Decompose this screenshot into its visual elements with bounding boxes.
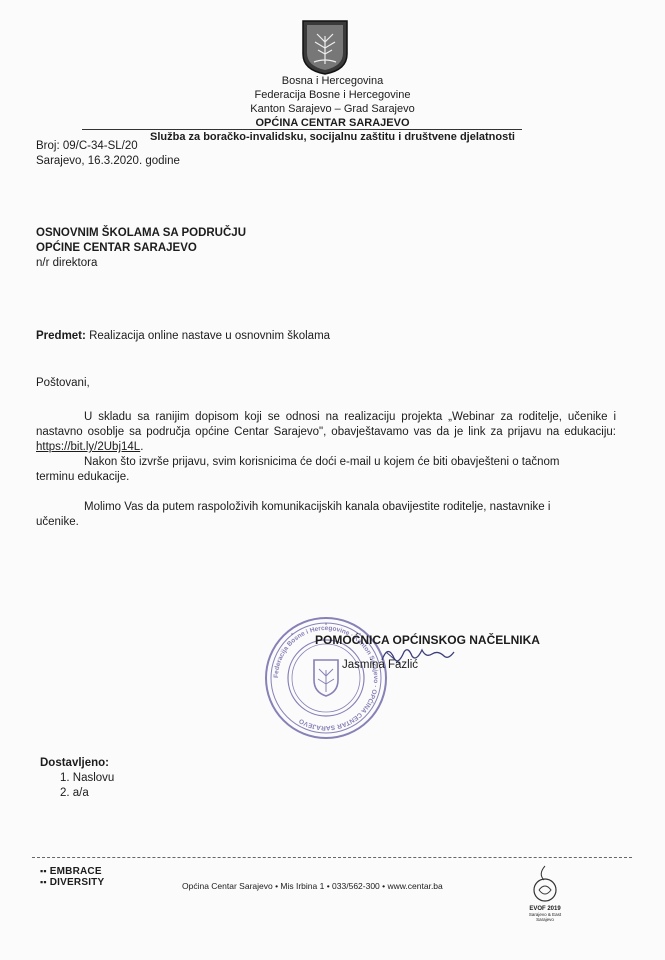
greeting: Poštovani, xyxy=(36,376,90,391)
header-line-federation: Federacija Bosne i Hercegovine xyxy=(0,88,665,102)
recipient-block: OSNOVNIM ŠKOLAMA SA PODRUČJU OPĆINE CENT… xyxy=(36,226,246,271)
paragraph-1: U skladu sa ranijim dopisom koji se odno… xyxy=(36,410,616,455)
distribution-item: 1. Naslovu xyxy=(40,771,114,786)
evof-logo: EVOF 2019 Sarajevo & East Sarajevo xyxy=(525,864,565,926)
embrace-diversity-logo: ▪▪ EMBRACE ▪▪ DIVERSITY xyxy=(40,866,104,888)
subject-text: Realizacija online nastave u osnovnim šk… xyxy=(89,330,330,342)
letter-body: U skladu sa ranijim dopisom koji se odno… xyxy=(36,410,616,530)
footer-divider xyxy=(32,857,632,858)
letterhead: Bosna i Hercegovina Federacija Bosne i H… xyxy=(0,74,665,144)
paragraph-2: Nakon što izvrše prijavu, svim korisnici… xyxy=(36,455,596,485)
registration-link[interactable]: https://bit.ly/2Ubj14L xyxy=(36,441,140,453)
place-date: Sarajevo, 16.3.2020. godine xyxy=(36,154,180,169)
recipient-attention: n/r direktora xyxy=(36,256,246,271)
evof-sub: Sarajevo & East Sarajevo xyxy=(525,912,565,922)
subject-label: Predmet: xyxy=(36,330,86,342)
header-line-canton: Kanton Sarajevo – Grad Sarajevo xyxy=(0,102,665,116)
evof-logo-icon xyxy=(530,864,560,904)
coat-of-arms-icon xyxy=(300,18,350,76)
signatory-name: Jasmina Fazlić xyxy=(342,659,418,671)
distribution-block: Dostavljeno: 1. Naslovu 2. a/a xyxy=(40,756,114,801)
reference-number: Broj: 09/C-34-SL/20 xyxy=(36,139,180,154)
distribution-label: Dostavljeno: xyxy=(40,756,114,771)
header-municipality: OPĆINA CENTAR SARAJEVO xyxy=(0,116,665,130)
recipient-line-2: OPĆINE CENTAR SARAJEVO xyxy=(36,241,246,256)
footer-address: Općina Centar Sarajevo • Mis Irbina 1 • … xyxy=(182,881,443,891)
header-line-country: Bosna i Hercegovina xyxy=(0,74,665,88)
distribution-item: 2. a/a xyxy=(40,786,114,801)
header-divider xyxy=(82,129,522,130)
paragraph-3: Molimo Vas da putem raspoloživih komunik… xyxy=(36,500,596,530)
subject-line: Predmet: Realizacija online nastave u os… xyxy=(36,329,330,344)
recipient-line-1: OSNOVNIM ŠKOLAMA SA PODRUČJU xyxy=(36,226,246,241)
reference-block: Broj: 09/C-34-SL/20 Sarajevo, 16.3.2020.… xyxy=(36,139,180,169)
